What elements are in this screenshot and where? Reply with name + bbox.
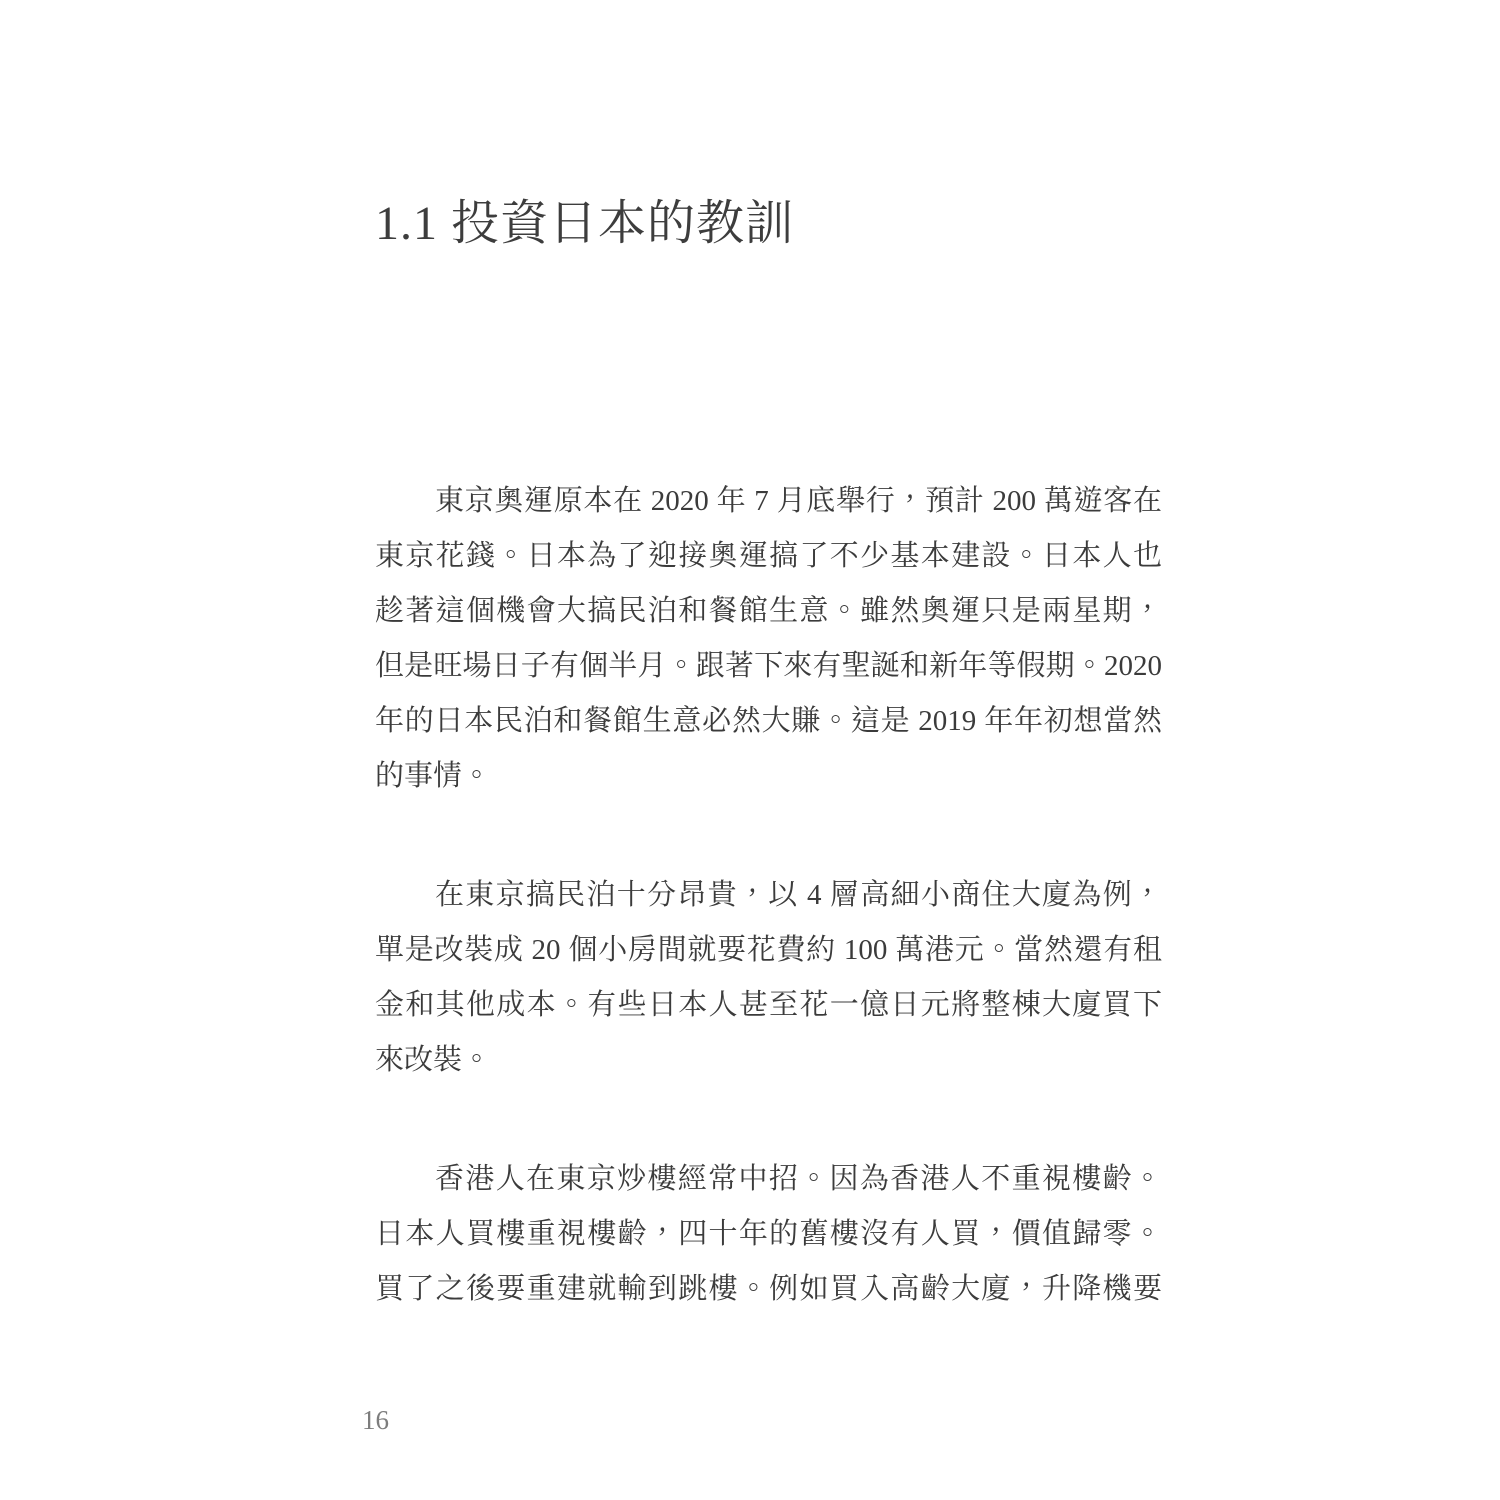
text-line: 趁著這個機會大搞民泊和餐館生意。雖然奧運只是兩星期，: [375, 584, 1162, 639]
paragraph: 香港人在東京炒樓經常中招。因為香港人不重視樓齡。日本人買樓重視樓齡，四十年的舊樓…: [375, 1152, 1162, 1317]
text-line: 香港人在東京炒樓經常中招。因為香港人不重視樓齡。: [375, 1152, 1162, 1207]
text-line: 東京奧運原本在 2020 年 7 月底舉行，預計 200 萬遊客在: [375, 474, 1162, 529]
text-line: 在東京搞民泊十分昂貴，以 4 層高細小商住大廈為例，: [375, 868, 1162, 923]
paragraph: 在東京搞民泊十分昂貴，以 4 層高細小商住大廈為例，單是改裝成 20 個小房間就…: [375, 868, 1162, 1088]
text-line: 買了之後要重建就輸到跳樓。例如買入高齡大廈，升降機要: [375, 1262, 1162, 1317]
text-line: 但是旺場日子有個半月。跟著下來有聖誕和新年等假期。2020: [375, 639, 1162, 694]
section-heading: 1.1 投資日本的教訓: [375, 194, 794, 254]
text-line: 東京花錢。日本為了迎接奧運搞了不少基本建設。日本人也: [375, 529, 1162, 584]
document-page: 1.1 投資日本的教訓 東京奧運原本在 2020 年 7 月底舉行，預計 200…: [0, 0, 1500, 1500]
page-number: 16: [362, 1400, 389, 1440]
text-line: 來改裝。: [375, 1033, 1162, 1088]
text-line: 年的日本民泊和餐館生意必然大賺。這是 2019 年年初想當然: [375, 694, 1162, 749]
text-line: 的事情。: [375, 749, 1162, 804]
paragraph: 東京奧運原本在 2020 年 7 月底舉行，預計 200 萬遊客在東京花錢。日本…: [375, 474, 1162, 804]
text-line: 金和其他成本。有些日本人甚至花一億日元將整棟大廈買下: [375, 978, 1162, 1033]
body-text: 東京奧運原本在 2020 年 7 月底舉行，預計 200 萬遊客在東京花錢。日本…: [375, 474, 1162, 1381]
text-line: 單是改裝成 20 個小房間就要花費約 100 萬港元。當然還有租: [375, 923, 1162, 978]
text-line: 日本人買樓重視樓齡，四十年的舊樓沒有人買，價值歸零。: [375, 1207, 1162, 1262]
